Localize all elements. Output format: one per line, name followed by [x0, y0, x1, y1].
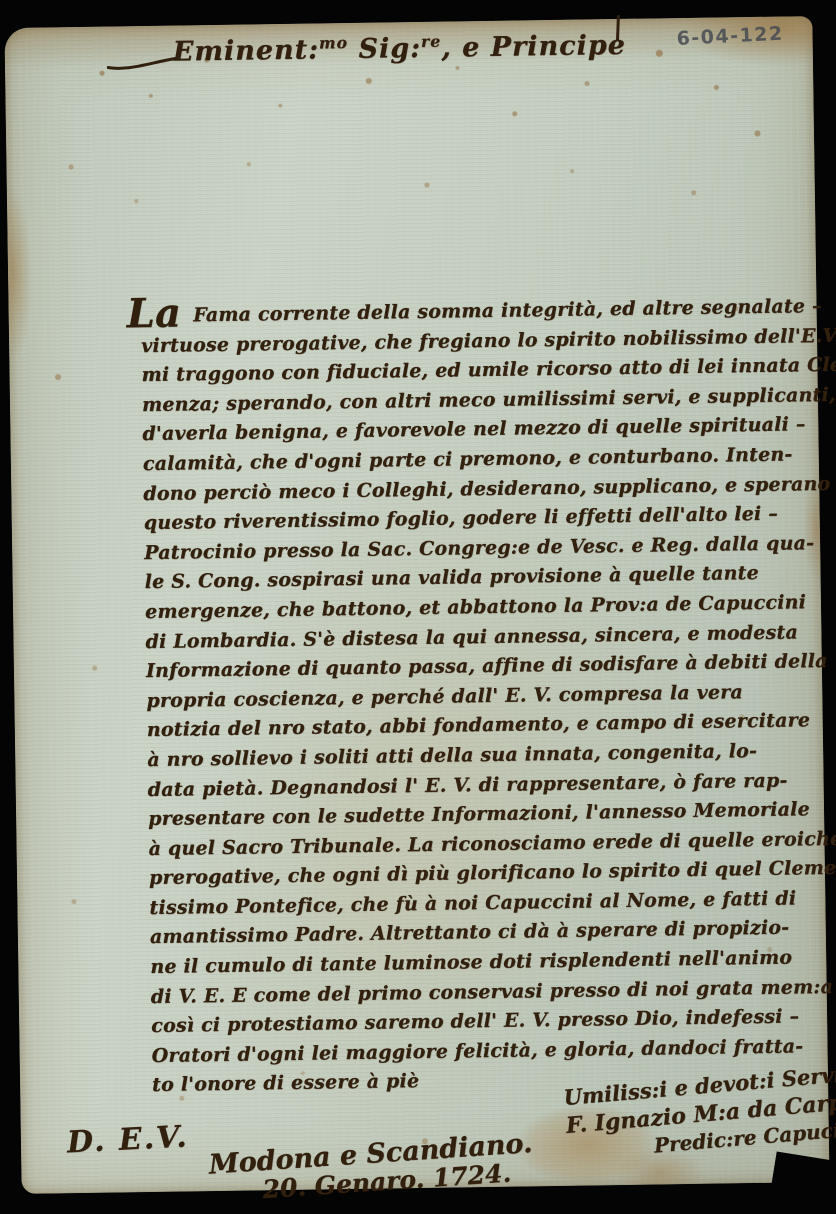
bottom-right-corner-cut [771, 1151, 836, 1197]
salutation-superscript: mo [319, 33, 348, 52]
salutation-part: Eminent: [173, 34, 320, 67]
archival-reference-number: 6-04-122 [676, 23, 784, 50]
pen-flourish-icon [107, 56, 177, 71]
salutation: Eminent:mo Sig:re, e Principe [173, 29, 627, 68]
drop-cap-word: La [126, 301, 181, 326]
photo-backdrop: Eminent:mo Sig:re, e Principe 6-04-122 L… [0, 0, 836, 1214]
manuscript-paper: Eminent:mo Sig:re, e Principe 6-04-122 L… [4, 16, 829, 1194]
valediction-abbreviation: D. E.V. [66, 1119, 189, 1160]
place-date-block: Modona e Scandiano. 20. Genaro. 1724. [208, 1128, 535, 1208]
body-lines: Fama corrente della somma integrità, ed … [140, 292, 804, 1101]
salutation-superscript: re [421, 32, 441, 51]
salutation-part: , e Principe [441, 30, 626, 64]
salutation-part: Sig: [348, 33, 421, 65]
letter-body: La Fama corrente della somma integrità, … [140, 292, 804, 1101]
